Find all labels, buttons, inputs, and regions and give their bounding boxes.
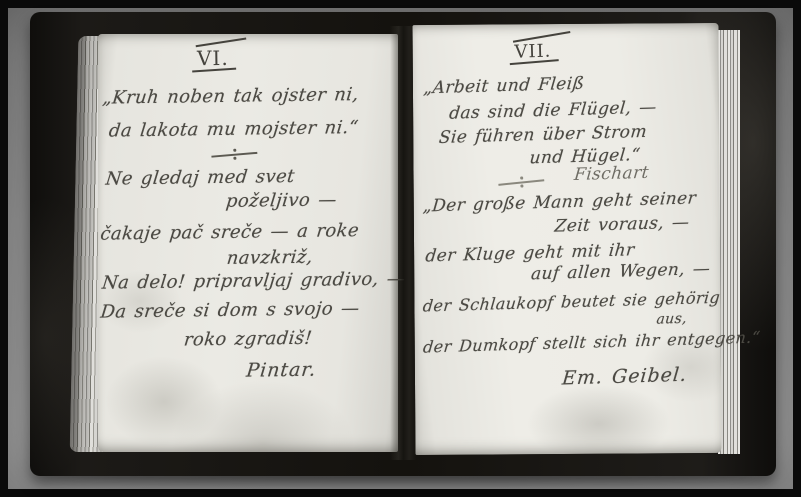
right-page-heading: VII. — [511, 41, 555, 63]
stanza-divider — [498, 176, 544, 189]
right-signature: Em. Geibel. — [561, 364, 688, 390]
right-page: VII. „Arbeit und Fleiß das sind die Flüg… — [413, 23, 722, 455]
verse-line: roko zgradiš! — [183, 328, 313, 351]
verse-line: poželjivo — — [225, 189, 338, 212]
open-notebook: VI. „Kruh noben tak ojster ni, da lakota… — [30, 12, 776, 476]
right-page-text: VII. „Arbeit und Fleiß das sind die Flüg… — [409, 17, 728, 456]
left-page-heading: VI. — [194, 46, 232, 71]
quote-line: „Der große Mann geht seiner — [422, 188, 697, 216]
verse-line: da lakota mu mojster ni.“ — [108, 117, 360, 142]
quote-line: auf allen Wegen, — — [530, 259, 711, 284]
left-page-text: VI. „Kruh noben tak ojster ni, da lakota… — [96, 32, 402, 454]
quote-line: der Dumkopf stellt sich ihr entgegen.“ — [422, 328, 761, 357]
photo-background: VI. „Kruh noben tak ojster ni, da lakota… — [8, 8, 793, 489]
left-signature: Pintar. — [245, 359, 317, 382]
stanza-divider — [211, 148, 257, 161]
attribution-fischart: Fischart — [573, 163, 650, 185]
quote-line: Sie führen über Strom — [438, 122, 648, 148]
verse-line: „Kruh noben tak ojster ni, — [101, 84, 359, 109]
verse-line: Da sreče si dom s svojo — — [99, 298, 360, 323]
quote-line: Zeit voraus, — — [554, 213, 691, 237]
verse-line: Na delo! pripravljaj gradivo, — — [101, 268, 406, 293]
verse-line: navzkriž, — [226, 247, 314, 269]
left-page: VI. „Kruh noben tak ojster ni, da lakota… — [98, 34, 398, 452]
verse-line: čakaje pač sreče — a roke — [99, 220, 360, 245]
quote-line: das sind die Flügel, — — [448, 97, 657, 123]
photograph-frame: VI. „Kruh noben tak ojster ni, da lakota… — [0, 0, 801, 497]
quote-line: „Arbeit und Fleiß — [423, 74, 586, 99]
verse-line: Ne gledaj med svet — [105, 166, 296, 190]
inserted-word: aus, — [656, 311, 688, 328]
